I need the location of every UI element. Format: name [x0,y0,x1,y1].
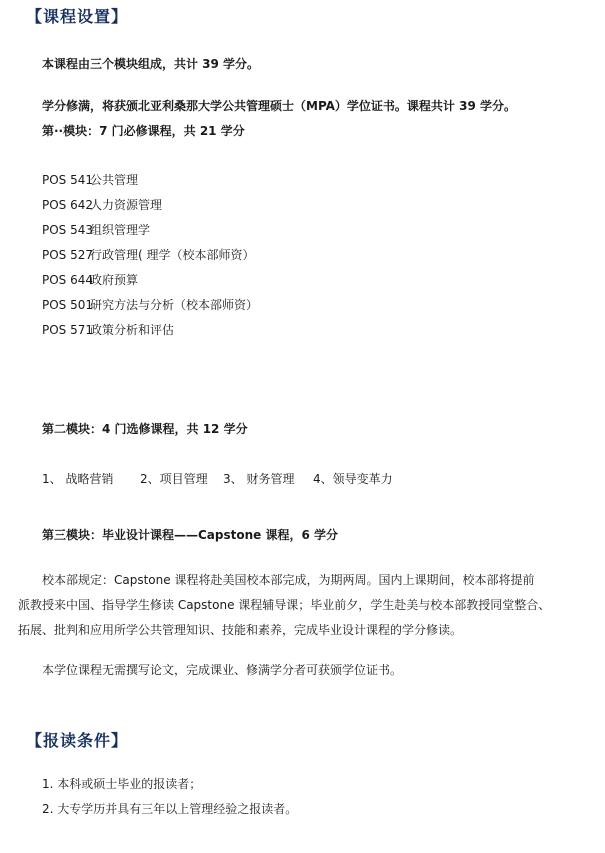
module1-heading: 第··模块：7 门必修课程，共 21 学分 [42,122,245,139]
elective-item: 3、 财务管理 [223,470,313,487]
admission-list: 1. 本科或硕士毕业的报读者； 2. 大专学历并具有三年以上管理经验之报读者。 [42,772,297,822]
module1-course-list: POS 541公共管理 POS 642人力资源管理 POS 543组织管理学 P… [42,168,258,343]
elective-item: 2、项目管理 [140,470,223,487]
curriculum-intro: 本课程由三个模块组成，共计 39 学分。 [42,55,259,72]
course-code: POS 571 [42,318,90,343]
elective-list: 1、 战略营销2、项目管理3、 财务管理4、领导变革力 [42,470,393,487]
paragraph-line: 校本部规定：Capstone 课程将赴美国校本部完成，为期两周。国内上课期间，校… [18,568,550,593]
course-name: 行政管理( 理学（校本部师资） [90,248,255,262]
course-code: POS 543 [42,218,90,243]
course-code: POS 501 [42,293,90,318]
elective-item: 4、领导变革力 [313,472,393,486]
course-item: POS 571政策分析和评估 [42,318,258,343]
admission-item: 2. 大专学历并具有三年以上管理经验之报读者。 [42,797,297,822]
paragraph-line: 派教授来中国、指导学生修读 Capstone 课程辅导课；毕业前夕，学生赴美与校… [18,593,550,618]
section-title-admission: 【报读条件】 [26,728,128,751]
course-name: 组织管理学 [90,223,150,237]
course-code: POS 541 [42,168,90,193]
course-name: 人力资源管理 [90,198,162,212]
course-item: POS 644政府预算 [42,268,258,293]
course-name: 公共管理 [90,173,138,187]
degree-statement: 学分修满，将获颁北亚利桑那大学公共管理硕士（MPA）学位证书。课程共计 39 学… [42,97,516,114]
course-code: POS 642 [42,193,90,218]
course-name: 政府预算 [90,273,138,287]
course-code: POS 527 [42,243,90,268]
module2-heading: 第二模块：4 门选修课程，共 12 学分 [42,420,248,437]
no-thesis-note: 本学位课程无需撰写论文，完成课业、修满学分者可获颁学位证书。 [42,661,402,678]
course-code: POS 644 [42,268,90,293]
elective-item: 1、 战略营销 [42,470,140,487]
section-title-curriculum: 【课程设置】 [26,4,128,27]
paragraph-line: 拓展、批判和应用所学公共管理知识、技能和素养，完成毕业设计课程的学分修读。 [18,618,550,643]
course-item: POS 543组织管理学 [42,218,258,243]
course-item: POS 501研究方法与分析（校本部师资） [42,293,258,318]
course-item: POS 541公共管理 [42,168,258,193]
course-name: 政策分析和评估 [90,323,174,337]
course-item: POS 527行政管理( 理学（校本部师资） [42,243,258,268]
course-name: 研究方法与分析（校本部师资） [90,298,258,312]
admission-item: 1. 本科或硕士毕业的报读者； [42,772,297,797]
module3-heading: 第三模块：毕业设计课程——Capstone 课程，6 学分 [42,526,338,543]
course-item: POS 642人力资源管理 [42,193,258,218]
capstone-paragraph: 校本部规定：Capstone 课程将赴美国校本部完成，为期两周。国内上课期间，校… [18,568,550,643]
